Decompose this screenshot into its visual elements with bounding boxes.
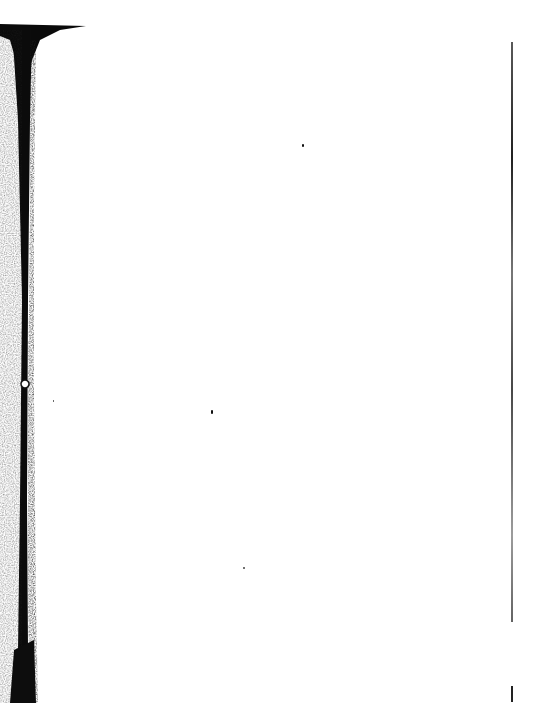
scanned-page: [0, 0, 538, 703]
binding-shadow: [0, 0, 100, 703]
margin-rule: [511, 42, 513, 622]
dust-speck: [243, 567, 245, 569]
margin-rule-fragment: [511, 686, 513, 702]
dust-speck: [53, 400, 54, 402]
dust-speck: [302, 144, 304, 147]
dust-speck: [211, 410, 213, 414]
